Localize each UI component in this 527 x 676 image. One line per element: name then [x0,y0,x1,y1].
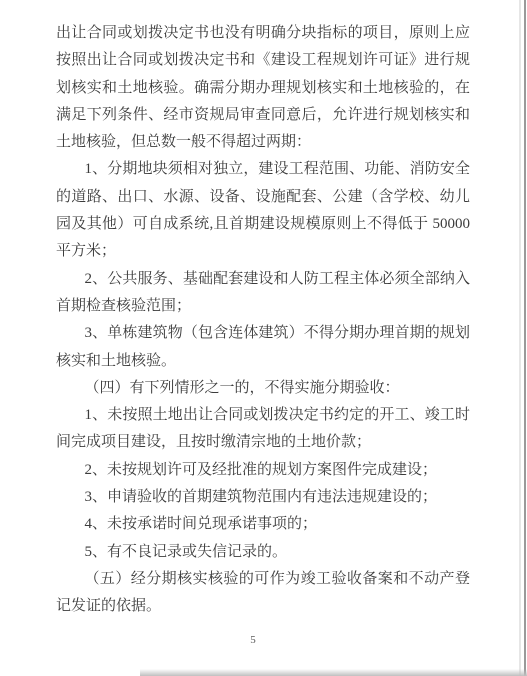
body-paragraph: 2、未按规划许可及经批准的规划方案图件完成建设； [56,457,470,484]
page-number: 5 [0,634,506,646]
body-paragraph: 4、未按承诺时间兑现承诺事项的； [56,511,470,538]
body-text: 出让合同或划拨决定书也没有明确分块指标的项目，原则上应按照出让合同或划拨决定书和… [56,20,470,621]
body-paragraph: （五）经分期核实核验的可作为竣工验收备案和不动产登记发证的依据。 [56,566,470,621]
body-paragraph: 3、申请验收的首期建筑物范围内有违法违规建设的； [56,484,470,511]
document-page: 出让合同或划拨决定书也没有明确分块指标的项目，原则上应按照出让合同或划拨决定书和… [0,0,527,676]
body-paragraph: 3、单栋建筑物（包含连体建筑）不得分期办理首期的规划核实和土地核验。 [56,320,470,375]
body-paragraph: 5、有不良记录或失信记录的。 [56,539,470,566]
scan-edge-line-light [519,0,521,676]
body-paragraph: 1、分期地块须相对独立，建设工程范围、功能、消防安全的道路、出口、水源、设备、设… [56,156,470,265]
body-paragraph: 2、公共服务、基础配套建设和人防工程主体必须全部纳入首期检查核验范围； [56,266,470,321]
body-paragraph: （四）有下列情形之一的，不得实施分期验收： [56,375,470,402]
scan-edge-line-dark [524,0,526,676]
body-paragraph: 1、未按照土地出让合同或划拨决定书约定的开工、竣工时间完成项目建设，且按时缴清宗… [56,402,470,457]
body-paragraph: 出让合同或划拨决定书也没有明确分块指标的项目，原则上应按照出让合同或划拨决定书和… [56,20,470,156]
scan-bottom-shadow [140,669,527,676]
